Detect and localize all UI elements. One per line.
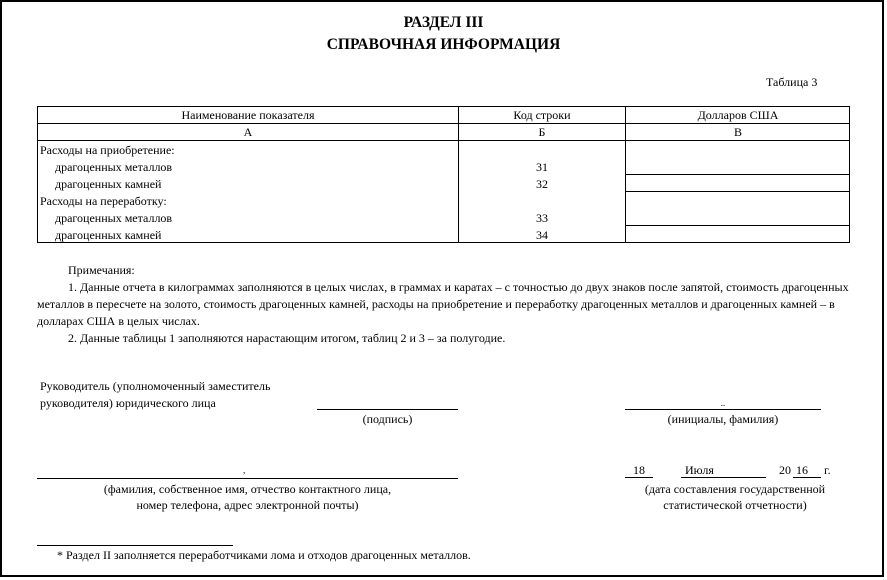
row-code: 34 — [459, 227, 625, 243]
row-label: драгоценных камней — [55, 176, 161, 192]
initials-line[interactable] — [625, 409, 821, 410]
column-letter-v: В — [626, 124, 850, 140]
footnote: * Раздел II заполняется переработчиками … — [57, 547, 471, 564]
date-year-line — [793, 477, 821, 478]
table-label: Таблица 3 — [766, 75, 817, 90]
row-label: драгоценных металлов — [55, 210, 172, 226]
contact-caption-line2: номер телефона, адрес электронной почты) — [37, 497, 458, 514]
initials-caption: (инициалы, фамилия) — [625, 411, 821, 428]
row-label: Расходы на переработку: — [40, 193, 167, 209]
note-item: 1. Данные отчета в килограммах заполняют… — [37, 279, 852, 330]
head-label-line2: руководителя) юридического лица — [40, 395, 216, 412]
column-header-code: Код строки — [459, 107, 625, 123]
head-label-line1: Руководитель (уполномоченный заместитель — [40, 378, 270, 395]
column-letter-b: Б — [459, 124, 625, 140]
row-label: драгоценных камней — [55, 227, 161, 243]
value-cell-33[interactable] — [626, 192, 850, 225]
value-cell-31[interactable] — [626, 142, 850, 173]
date-caption-line2: статистической отчетности) — [620, 497, 850, 514]
row-code: 32 — [459, 176, 625, 192]
contact-value: , — [243, 462, 245, 479]
value-cell-32[interactable] — [626, 175, 850, 191]
page-title: СПРАВОЧНАЯ ИНФОРМАЦИЯ — [0, 36, 887, 54]
section-heading: РАЗДЕЛ III — [0, 14, 887, 32]
contact-line[interactable] — [37, 478, 458, 479]
row-code: 33 — [459, 210, 625, 226]
column-header-usd: Долларов США — [626, 107, 850, 123]
note-item: 2. Данные таблицы 1 заполняются нарастаю… — [37, 330, 852, 347]
date-century: 20 — [779, 462, 791, 479]
notes-heading: Примечания: — [37, 262, 852, 279]
column-letter-a: А — [38, 124, 458, 140]
date-day-line — [625, 477, 653, 478]
signature-caption: (подпись) — [317, 411, 458, 428]
date-suffix: г. — [824, 462, 831, 479]
footnote-separator — [37, 545, 233, 546]
contact-caption-line1: (фамилия, собственное имя, отчество конт… — [37, 481, 458, 498]
row-label: Расходы на приобретение: — [40, 142, 175, 158]
row-divider — [38, 140, 849, 141]
signature-line[interactable] — [317, 409, 458, 410]
row-code: 31 — [459, 159, 625, 175]
reference-table: Наименование показателя Код строки Долла… — [37, 106, 850, 243]
value-cell-34[interactable] — [626, 226, 850, 242]
column-header-name: Наименование показателя — [38, 107, 458, 123]
row-label: драгоценных металлов — [55, 159, 172, 175]
date-caption-line1: (дата составления государственной — [620, 481, 850, 498]
notes-section: Примечания: 1. Данные отчета в килограмм… — [37, 262, 852, 347]
date-month-line — [681, 477, 766, 478]
